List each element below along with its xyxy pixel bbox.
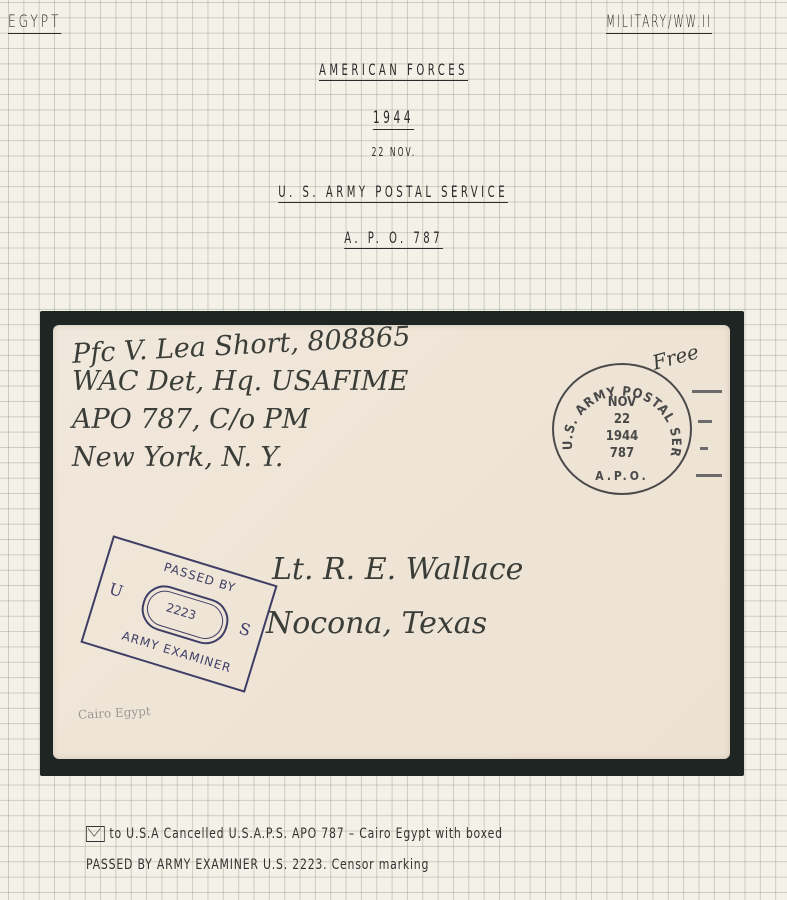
date-row: 22 NOV. — [0, 141, 787, 160]
addressee-city: Nocona, Texas — [266, 606, 487, 641]
killer-bar — [696, 474, 722, 477]
postmark-year: 1944 — [554, 429, 690, 444]
return-address-line-2: WAC Det, Hq. USAFIME — [72, 366, 408, 397]
censor-right-letter: S — [237, 619, 253, 640]
censor-left-letter: U — [107, 579, 125, 601]
postmark-number: 787 — [554, 446, 690, 461]
page-heading: AMERICAN FORCES — [319, 60, 468, 81]
apo-row: A. P. O. 787 — [0, 228, 787, 249]
postmark-bottom: A.P.O. — [554, 469, 690, 483]
addressee-name: Lt. R. E. Wallace — [272, 552, 523, 587]
envelope-icon — [86, 826, 105, 842]
postmark-month: NOV — [554, 395, 690, 410]
date-label: 22 NOV. — [371, 145, 416, 159]
return-address-line-4: New York, N. Y. — [72, 442, 283, 473]
heading-row: AMERICAN FORCES — [0, 60, 787, 81]
killer-bar — [698, 420, 712, 423]
category-label: MILITARY/WW.II — [606, 12, 712, 34]
killer-bar — [700, 447, 708, 450]
year-label: 1944 — [373, 108, 414, 130]
caption-text-1: to U.S.A Cancelled U.S.A.P.S. APO 787 – … — [109, 826, 502, 842]
apo-label: A. P. O. 787 — [344, 228, 443, 249]
caption-line-2: PASSED BY ARMY EXAMINER U.S. 2223. Censo… — [86, 857, 429, 873]
apo-postmark: U.S. ARMY POSTAL SERVICE NOV 22 1944 787… — [552, 363, 692, 495]
postmark-day: 22 — [554, 412, 690, 427]
country-label: EGYPT — [8, 12, 61, 34]
caption-line-1: to U.S.A Cancelled U.S.A.P.S. APO 787 – … — [86, 826, 503, 842]
service-label: U. S. ARMY POSTAL SERVICE — [279, 182, 509, 203]
service-row: U. S. ARMY POSTAL SERVICE — [0, 182, 787, 203]
year-row: 1944 — [0, 108, 787, 130]
return-address-line-3: APO 787, C/o PM — [72, 404, 310, 435]
killer-bar — [692, 390, 722, 393]
